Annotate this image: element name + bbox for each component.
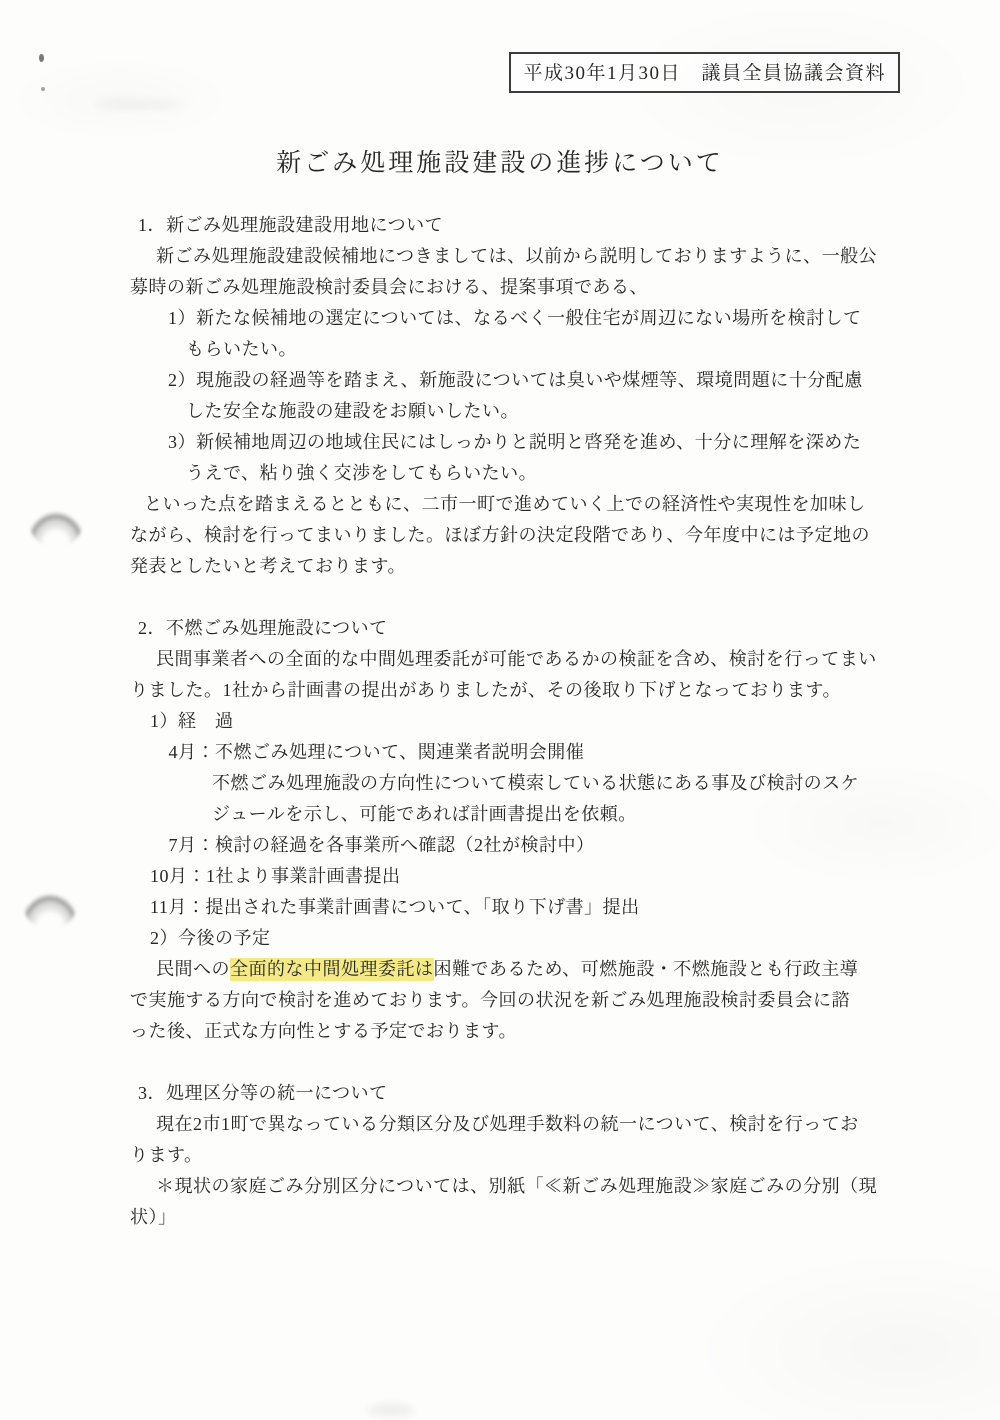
blank-line: [130, 582, 910, 613]
text-segment: で実施する方向で検討を進めております。今回の状況を新ごみ処理施設検討委員会に諮: [130, 990, 850, 1010]
text-segment: 困難であるため、可燃施設・不燃施設とも行政主導: [434, 959, 859, 979]
text-line: 3．処理区分等の統一について: [138, 1078, 910, 1109]
text-segment: 2．不燃ごみ処理施設について: [138, 618, 388, 638]
text-segment: 4月：不燃ごみ処理について、関連業者説明会開催: [150, 742, 584, 762]
text-segment: 1．新ごみ処理施設建設用地について: [138, 215, 443, 235]
text-line: りました。1社から計画書の提出がありましたが、その後取り下げとなっております。: [130, 675, 910, 706]
text-line: 現在2市1町で異なっている分類区分及び処理手数料の統一について、検討を行ってお: [156, 1109, 910, 1140]
text-line: 1）新たな候補地の選定については、なるべく一般住宅が周辺にない場所を検討して: [168, 303, 910, 334]
text-segment: 新ごみ処理施設建設候補地につきましては、以前から説明しておりますように、一般公: [156, 246, 877, 266]
text-line: ＊現状の家庭ごみ分別区分については、別紙「≪新ごみ処理施設≫家庭ごみの分別（現: [156, 1171, 910, 1202]
text-segment: 民間事業者への全面的な中間処理委託が可能であるかの検証を含め、検討を行ってまい: [156, 649, 877, 669]
text-segment: 2）今後の予定: [150, 928, 271, 948]
text-line: ながら、検討を行ってまいりました。ほぼ方針の決定段階であり、今年度中には予定地の: [130, 520, 910, 551]
text-segment: 不燃ごみ処理施設の方向性について模索している状態にある事及び検討のスケ: [212, 773, 859, 793]
text-segment: といった点を踏まえるとともに、二市一町で進めていく上での経済性や実現性を加味し: [144, 494, 866, 514]
text-segment: ＊現状の家庭ごみ分別区分については、別紙「≪新ごみ処理施設≫家庭ごみの分別（現: [156, 1176, 877, 1196]
text-line: 2）今後の予定: [150, 923, 910, 954]
text-line: 発表としたいと考えております。: [130, 551, 910, 582]
blank-line: [130, 1047, 910, 1078]
text-line: した安全な施設の建設をお願いしたい。: [186, 396, 910, 427]
text-line: 募時の新ごみ処理施設検討委員会における、提案事項である、: [130, 272, 910, 303]
text-segment: 3）新候補地周辺の地域住民にはしっかりと説明と啓発を進め、十分に理解を深めた: [168, 432, 861, 452]
text-line: った後、正式な方向性とする予定でおります。: [130, 1016, 910, 1047]
highlighted-text: 全面的な中間処理委託は: [230, 958, 434, 981]
text-line: 7月：検討の経過を各事業所へ確認（2社が検討中）: [150, 830, 910, 861]
text-segment: 3．処理区分等の統一について: [138, 1083, 388, 1103]
text-line: 3）新候補地周辺の地域住民にはしっかりと説明と啓発を進め、十分に理解を深めた: [168, 427, 910, 458]
text-line: ジュールを示し、可能であれば計画書提出を依頼。: [212, 799, 910, 830]
text-line: 1）経 過: [150, 706, 910, 737]
text-segment: ながら、検討を行ってまいりました。ほぼ方針の決定段階であり、今年度中には予定地の: [130, 525, 870, 545]
text-segment: った後、正式な方向性とする予定でおります。: [130, 1021, 517, 1041]
ink-speck: [41, 87, 45, 91]
page-title: 新ごみ処理施設建設の進捗について: [0, 143, 1000, 179]
text-line: といった点を踏まえるとともに、二市一町で進めていく上での経済性や実現性を加味し: [144, 489, 910, 520]
text-segment: 1）新たな候補地の選定については、なるべく一般住宅が周辺にない場所を検討して: [168, 308, 862, 328]
text-line: 1．新ごみ処理施設建設用地について: [138, 210, 910, 241]
text-segment: ります。: [130, 1145, 203, 1165]
scan-smudge: [368, 1404, 414, 1416]
document-body: 1．新ごみ処理施設建設用地について新ごみ処理施設建設候補地につきましては、以前か…: [130, 210, 910, 1233]
text-segment: 現在2市1町で異なっている分類区分及び処理手数料の統一について、検討を行ってお: [156, 1114, 859, 1134]
text-segment: 募時の新ごみ処理施設検討委員会における、提案事項である、: [130, 277, 648, 297]
text-segment: 7月：検討の経過を各事業所へ確認（2社が検討中）: [150, 835, 595, 855]
ink-speck: [39, 54, 44, 62]
text-line: 状）」: [130, 1202, 910, 1233]
text-segment: 発表としたいと考えております。: [130, 556, 406, 576]
text-segment: ジュールを示し、可能であれば計画書提出を依頼。: [212, 804, 637, 824]
text-segment: 民間への: [156, 959, 230, 979]
punch-hole: [24, 882, 76, 930]
text-line: 民間への全面的な中間処理委託は困難であるため、可燃施設・不燃施設とも行政主導: [156, 954, 910, 985]
text-segment: もらいたい。: [186, 339, 297, 359]
text-line: ります。: [130, 1140, 910, 1171]
text-line: 11月：提出された事業計画書について、「取り下げ書」提出: [150, 892, 910, 923]
text-line: 4月：不燃ごみ処理について、関連業者説明会開催: [150, 737, 910, 768]
text-segment: 状）」: [130, 1207, 177, 1227]
text-line: 新ごみ処理施設建設候補地につきましては、以前から説明しておりますように、一般公: [156, 241, 910, 272]
text-segment: 2）現施設の経過等を踏まえ、新施設については臭いや煤煙等、環境問題に十分配慮: [168, 370, 863, 390]
text-line: 2）現施設の経過等を踏まえ、新施設については臭いや煤煙等、環境問題に十分配慮: [168, 365, 910, 396]
text-line: 民間事業者への全面的な中間処理委託が可能であるかの検証を含め、検討を行ってまい: [156, 644, 910, 675]
punch-hole: [30, 500, 82, 548]
text-line: もらいたい。: [186, 334, 910, 365]
text-segment: 10月：1社より事業計画書提出: [150, 866, 401, 886]
text-segment: 11月：提出された事業計画書について、「取り下げ書」提出: [150, 897, 640, 917]
text-line: 10月：1社より事業計画書提出: [150, 861, 910, 892]
text-line: で実施する方向で検討を進めております。今回の状況を新ごみ処理施設検討委員会に諮: [130, 985, 910, 1016]
header-box: 平成30年1月30日 議員全員協議会資料: [509, 52, 900, 93]
text-line: 不燃ごみ処理施設の方向性について模索している状態にある事及び検討のスケ: [212, 768, 910, 799]
text-line: うえで、粘り強く交渉をしてもらいたい。: [186, 458, 910, 489]
text-segment: した安全な施設の建設をお願いしたい。: [186, 401, 519, 421]
text-segment: うえで、粘り強く交渉をしてもらいたい。: [186, 463, 537, 483]
text-segment: 1）経 過: [150, 711, 234, 731]
text-segment: りました。1社から計画書の提出がありましたが、その後取り下げとなっております。: [130, 680, 841, 700]
scan-smudge: [95, 100, 185, 109]
text-line: 2．不燃ごみ処理施設について: [138, 613, 910, 644]
scanned-document-page: 平成30年1月30日 議員全員協議会資料 新ごみ処理施設建設の進捗について 1．…: [0, 0, 1000, 1420]
